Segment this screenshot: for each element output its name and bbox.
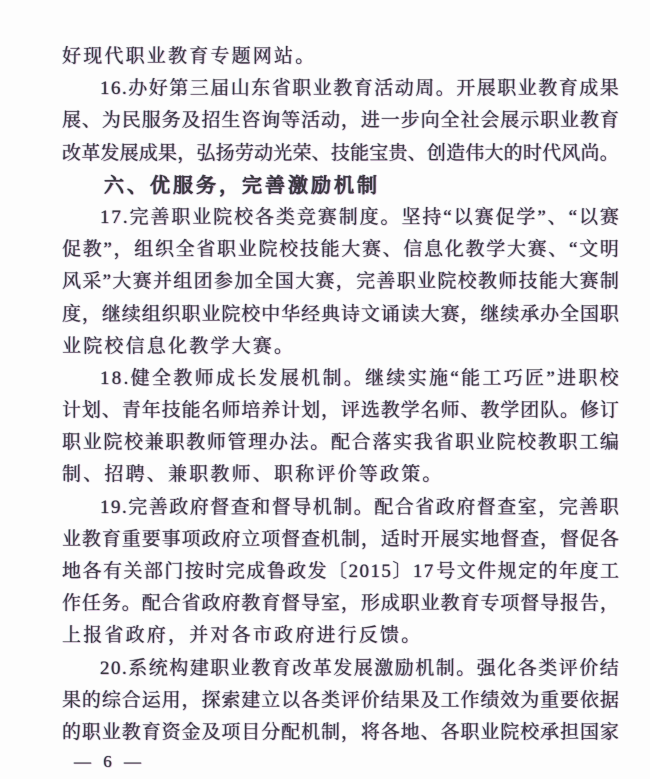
text-line: 展、为民服务及招生咨询等活动，进一步向全社会展示职业教育 — [62, 105, 619, 137]
text-line: 促教”，组织全省职业院校技能大赛、信息化教学大赛、“文明 — [62, 234, 619, 266]
text-line: 六、优服务，完善激励机制 — [62, 170, 619, 202]
text-line: 的职业教育资金及项目分配机制，将各地、各职业院校承担国家 — [62, 717, 619, 749]
text-line: 作任务。配合省政府教育督导室，形成职业教育专项督导报告， — [62, 588, 619, 620]
text-line: 风采”大赛并组团参加全国大赛，完善职业院校教师技能大赛制 — [62, 266, 619, 298]
text-line: 17.完善职业院校各类竞赛制度。坚持“以赛促学”、“以赛 — [62, 202, 619, 234]
document-page: 好现代职业教育专题网站。16.办好第三届山东省职业教育活动周。开展职业教育成果展… — [0, 0, 650, 779]
text-line: 上报省政府，并对各市政府进行反馈。 — [62, 620, 619, 652]
text-line: 职业院校兼职教师管理办法。配合落实我省职业院校教职工编 — [62, 427, 619, 459]
text-line: 地各有关部门按时完成鲁政发〔2015〕17 号文件规定的年度工 — [62, 556, 619, 588]
text-line: 制、招聘、兼职教师、职称评价等政策。 — [62, 459, 619, 491]
text-line: 计划、青年技能名师培养计划，评选教学名师、教学团队。修订 — [62, 395, 619, 427]
text-line: 业院校信息化教学大赛。 — [62, 331, 619, 363]
text-line: 18.健全教师成长发展机制。继续实施“能工巧匠”进职校 — [62, 363, 619, 395]
text-line: 20.系统构建职业教育改革发展激励机制。强化各类评价结 — [62, 653, 619, 685]
text-line: 19.完善政府督查和督导机制。配合省政府督查室，完善职 — [62, 492, 619, 524]
text-line: 好现代职业教育专题网站。 — [62, 41, 619, 73]
page-number: — 6 — — [74, 752, 145, 772]
text-line: 度，继续组织职业院校中华经典诗文诵读大赛，继续承办全国职 — [62, 299, 619, 331]
text-line: 16.办好第三届山东省职业教育活动周。开展职业教育成果 — [62, 73, 619, 105]
document-body: 好现代职业教育专题网站。16.办好第三届山东省职业教育活动周。开展职业教育成果展… — [62, 41, 619, 749]
text-line: 改革发展成果，弘扬劳动光荣、技能宝贵、创造伟大的时代风尚。 — [62, 138, 619, 170]
text-line: 果的综合运用，探索建立以各类评价结果及工作绩效为重要依据 — [62, 685, 619, 717]
text-line: 业教育重要事项政府立项督查机制，适时开展实地督查，督促各 — [62, 524, 619, 556]
